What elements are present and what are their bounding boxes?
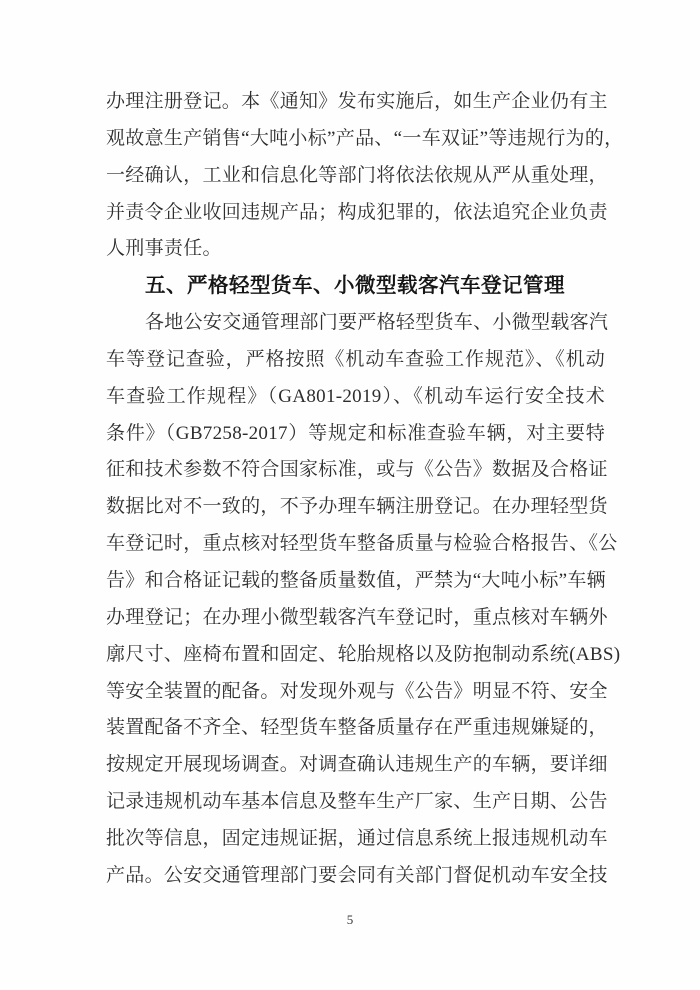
text-line: 记录违规机动车基本信息及整车生产厂家、生产日期、公告 xyxy=(106,784,605,821)
text-line: 观故意生产销售“大吨小标”产品、“一车双证”等违规行为的， xyxy=(106,121,605,158)
text-line: 告》和合格证记载的整备质量数值，严禁为“大吨小标”车辆 xyxy=(106,563,605,600)
text-line: 办理登记；在办理小微型载客汽车登记时，重点核对车辆外 xyxy=(106,600,605,637)
text-line: 车登记时，重点核对轻型货车整备质量与检验合格报告、《公 xyxy=(106,526,605,563)
text-line: 车等登记查验，严格按照《机动车查验工作规范》、《机动 xyxy=(106,342,605,379)
page-number: 5 xyxy=(0,912,700,928)
section-heading: 五、严格轻型货车、小微型载客汽车登记管理 xyxy=(106,268,605,305)
text-line: 办理注册登记。本《通知》发布实施后，如生产企业仍有主 xyxy=(106,84,605,121)
text-line: 等安全装置的配备。对发现外观与《公告》明显不符、安全 xyxy=(106,674,605,711)
text-line: 各地公安交通管理部门要严格轻型货车、小微型载客汽 xyxy=(106,305,605,342)
text-line: 征和技术参数不符合国家标准，或与《公告》数据及合格证 xyxy=(106,452,605,489)
text-line: 人刑事责任。 xyxy=(106,231,605,268)
text-line: 条件》（GB7258-2017）等规定和标准查验车辆，对主要特 xyxy=(106,416,605,453)
text-line: 装置配备不齐全、轻型货车整备质量存在严重违规嫌疑的， xyxy=(106,710,605,747)
text-line: 廓尺寸、座椅布置和固定、轮胎规格以及防抱制动系统(ABS) xyxy=(106,637,605,674)
text-line: 车查验工作规程》（GA801-2019）、《机动车运行安全技术 xyxy=(106,379,605,416)
text-line: 批次等信息，固定违规证据，通过信息系统上报违规机动车 xyxy=(106,821,605,858)
document-body: 办理注册登记。本《通知》发布实施后，如生产企业仍有主观故意生产销售“大吨小标”产… xyxy=(106,84,605,895)
document-page: 办理注册登记。本《通知》发布实施后，如生产企业仍有主观故意生产销售“大吨小标”产… xyxy=(0,0,700,990)
text-line: 数据比对不一致的，不予办理车辆注册登记。在办理轻型货 xyxy=(106,489,605,526)
text-line: 并责令企业收回违规产品；构成犯罪的，依法追究企业负责 xyxy=(106,195,605,232)
text-line: 一经确认，工业和信息化等部门将依法依规从严从重处理， xyxy=(106,158,605,195)
text-line: 产品。公安交通管理部门要会同有关部门督促机动车安全技 xyxy=(106,858,605,895)
text-line: 按规定开展现场调查。对调查确认违规生产的车辆，要详细 xyxy=(106,747,605,784)
